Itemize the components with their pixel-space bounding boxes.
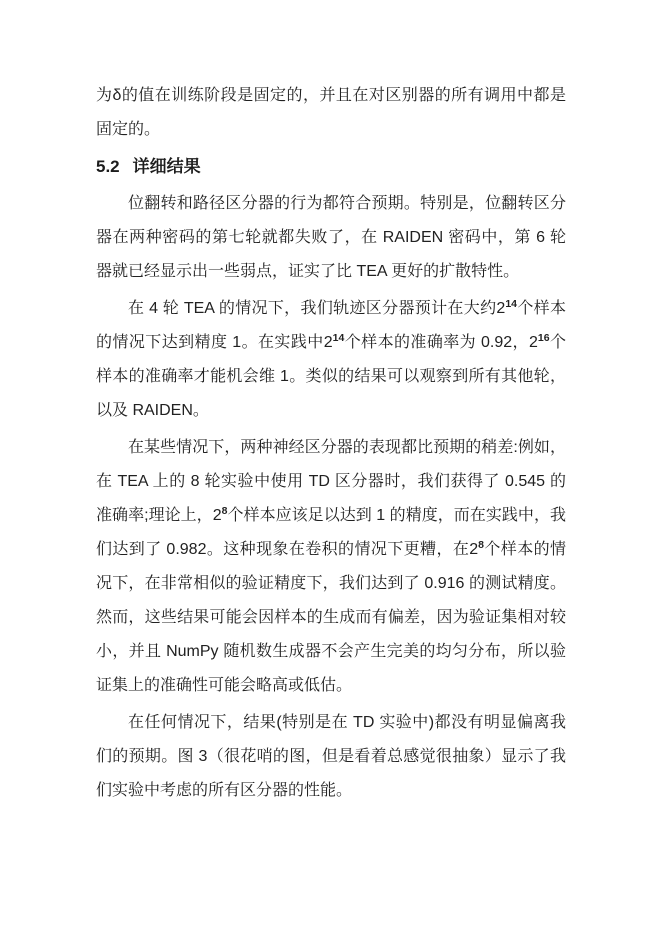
paragraph-conclusion: 在任何情况下，结果(特别是在 TD 实验中)都没有明显偏离我们的预期。图 3（很… — [96, 706, 566, 808]
paragraph-tea4-results: 在 4 轮 TEA 的情况下，我们轨迹区分器预计在大约214个样本的情况下达到精… — [96, 292, 566, 428]
section-heading-title: 详细结果 — [133, 157, 201, 176]
superscript-exponent: 14 — [505, 298, 517, 310]
paragraph-text: 个样本的准确率为 0.92，2 — [344, 334, 538, 351]
document-page: 为δ的值在训练阶段是固定的，并且在对区别器的所有调用中都是固定的。 5.2详细结… — [0, 0, 660, 934]
superscript-exponent: 16 — [538, 332, 550, 344]
section-heading-number: 5.2 — [96, 157, 120, 176]
paragraph-text: 为δ的值在训练阶段是固定的，并且在对区别器的所有调用中都是固定的。 — [96, 87, 566, 138]
page-content: 为δ的值在训练阶段是固定的，并且在对区别器的所有调用中都是固定的。 5.2详细结… — [96, 79, 566, 811]
paragraph-text: 在 4 轮 TEA 的情况下，我们轨迹区分器预计在大约2 — [128, 300, 505, 317]
paragraph-worse-than-expected: 在某些情况下，两种神经区分器的表现都比预期的稍差:例如，在 TEA 上的 8 轮… — [96, 431, 566, 703]
paragraph-text: 位翻转和路径区分器的行为都符合预期。特别是，位翻转区分器在两种密码的第七轮就都失… — [96, 195, 566, 280]
superscript-exponent: 8 — [222, 505, 228, 517]
paragraph-continuation: 为δ的值在训练阶段是固定的，并且在对区别器的所有调用中都是固定的。 — [96, 79, 566, 147]
paragraph-text: 个样本的情况下，在非常相似的验证精度下，我们达到了 0.916 的测试精度。然而… — [96, 541, 566, 694]
section-heading: 5.2详细结果 — [96, 150, 566, 184]
superscript-exponent: 8 — [478, 539, 484, 551]
paragraph-text: 在任何情况下，结果(特别是在 TD 实验中)都没有明显偏离我们的预期。图 3（很… — [96, 714, 566, 799]
superscript-exponent: 14 — [333, 332, 345, 344]
paragraph-bitflip-results: 位翻转和路径区分器的行为都符合预期。特别是，位翻转区分器在两种密码的第七轮就都失… — [96, 187, 566, 289]
